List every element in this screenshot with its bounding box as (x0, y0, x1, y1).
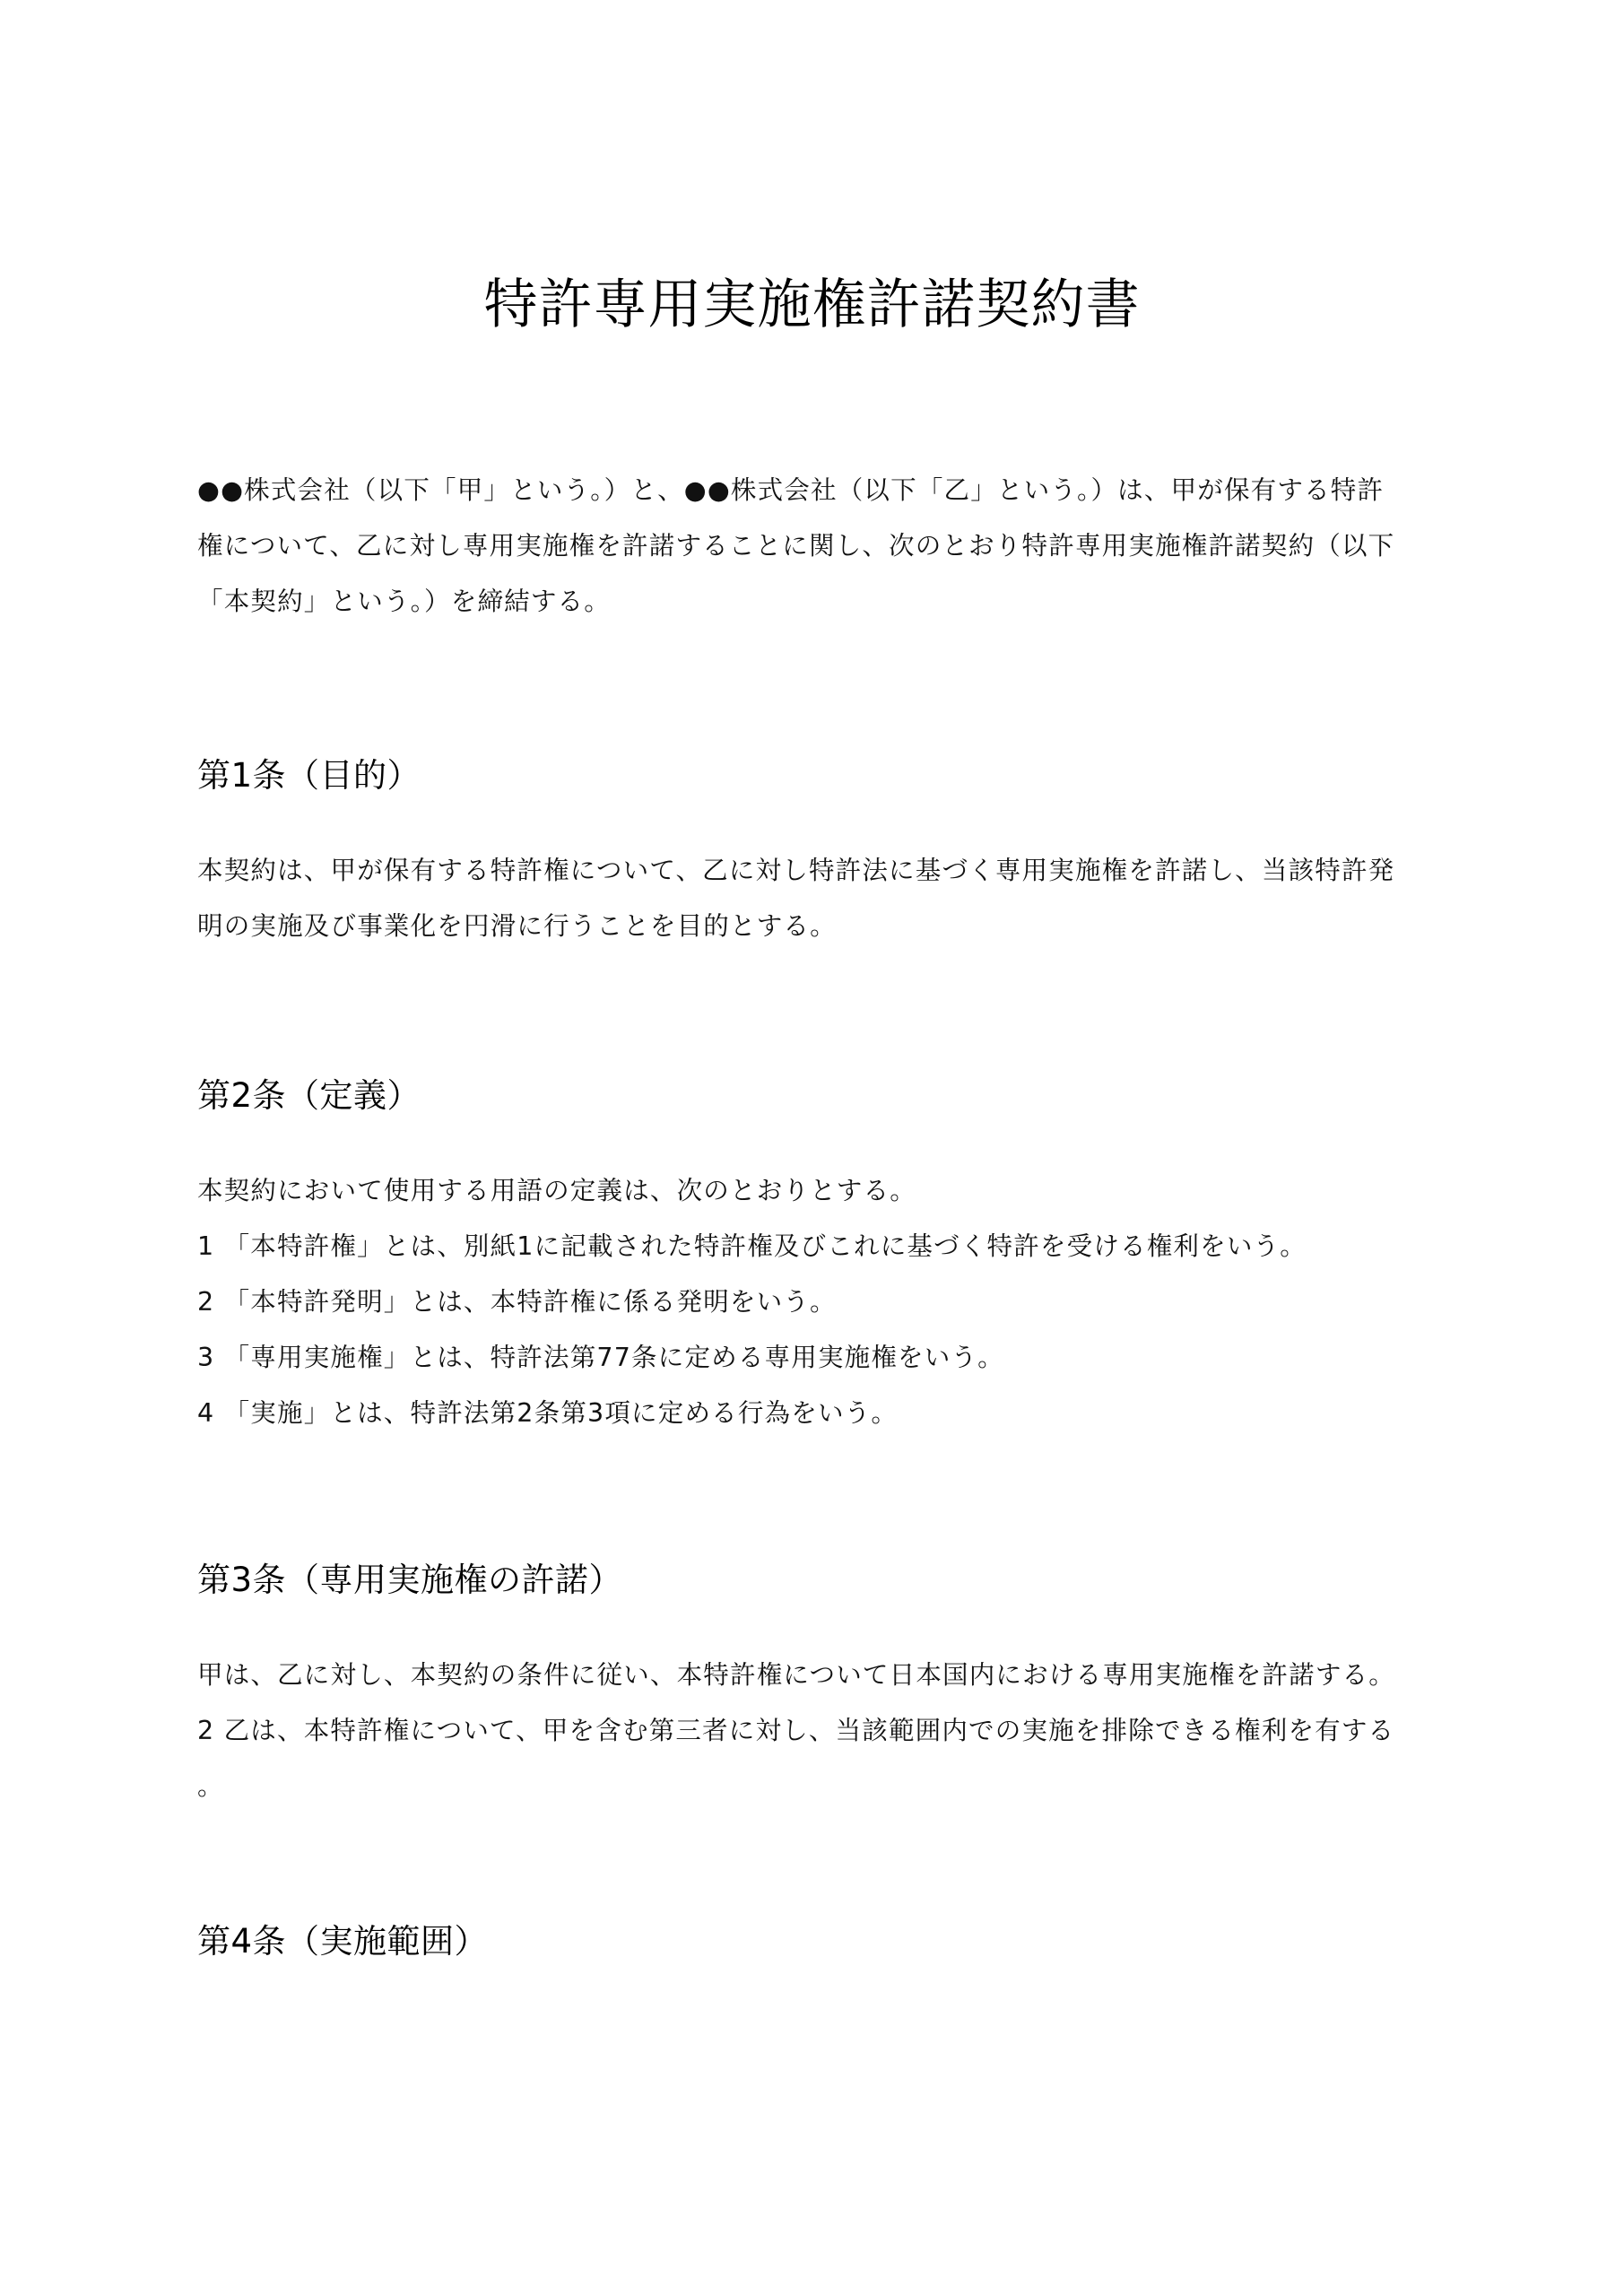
article-2-body: 本契約において使用する用語の定義は、次のとおりとする。 1 「本特許権」とは、別… (197, 1163, 1435, 1441)
article-line: 甲は、乙に対し、本契約の条件に従い、本特許権について日本国内における専用実施権を… (197, 1648, 1435, 1703)
article-1-heading: 第1条（目的） (197, 753, 421, 798)
preamble-line: 権について、乙に対し専用実施権を許諾することに関し、次のとおり特許専用実施権許諾… (197, 518, 1435, 574)
article-2-heading: 第2条（定義） (197, 1074, 421, 1118)
article-1-body: 本契約は、甲が保有する特許権について、乙に対し特許法に基づく専用実施権を許諾し、… (197, 843, 1435, 954)
article-3-body: 甲は、乙に対し、本契約の条件に従い、本特許権について日本国内における専用実施権を… (197, 1648, 1435, 1814)
article-line: 。 (197, 1759, 1435, 1814)
definition-item: 2 「本特許発明」とは、本特許権に係る発明をいう。 (197, 1274, 1435, 1330)
definition-item: 3 「専用実施権」とは、特許法第77条に定める専用実施権をいう。 (197, 1330, 1435, 1386)
document-page: 特許専用実施権許諾契約書 ●●株式会社（以下「甲」という。）と、●●株式会社（以… (0, 0, 1624, 2296)
article-line: 本契約は、甲が保有する特許権について、乙に対し特許法に基づく専用実施権を許諾し、… (197, 843, 1435, 899)
preamble-line: 「本契約」という。）を締結する。 (197, 574, 1435, 630)
article-line: 2 乙は、本特許権について、甲を含む第三者に対し、当該範囲内での実施を排除できる… (197, 1703, 1435, 1759)
article-line: 本契約において使用する用語の定義は、次のとおりとする。 (197, 1163, 1435, 1219)
preamble-paragraph: ●●株式会社（以下「甲」という。）と、●●株式会社（以下「乙」という。）は、甲が… (197, 463, 1435, 630)
definition-item: 4 「実施」とは、特許法第2条第3項に定める行為をいう。 (197, 1386, 1435, 1441)
document-title: 特許専用実施権許諾契約書 (0, 269, 1624, 341)
article-3-heading: 第3条（専用実施権の許諾） (197, 1558, 622, 1603)
preamble-line: ●●株式会社（以下「甲」という。）と、●●株式会社（以下「乙」という。）は、甲が… (197, 463, 1435, 518)
article-line: 明の実施及び事業化を円滑に行うことを目的とする。 (197, 899, 1435, 954)
article-4-heading: 第4条（実施範囲） (197, 1919, 488, 1964)
definition-item: 1 「本特許権」とは、別紙1に記載された特許権及びこれに基づく特許を受ける権利を… (197, 1219, 1435, 1274)
